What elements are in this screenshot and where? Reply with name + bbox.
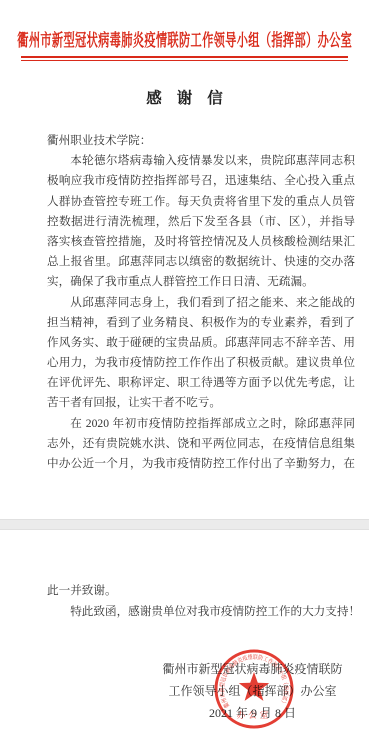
body-line: 志外，还有贵院姚水洪、饶和平两位同志，在疫情信息组集 <box>47 434 355 454</box>
body-line: 心用力，为我市疫情防控工作作出了积极贡献。建议贵单位 <box>47 353 355 373</box>
body-line: 中办公近一个月，为我市疫情防控工作付出了辛勤努力，在 <box>47 454 355 474</box>
body-line: 控数据进行清洗梳理，然后下发至各县（市、区），并指导 <box>47 212 355 232</box>
body-line: 从邱惠萍同志身上，我们看到了招之能来、来之能战的 <box>47 293 355 313</box>
body-line: 担当精神，看到了业务精良、积极作为的专业素养，看到了 <box>47 313 355 333</box>
letterhead-title: 衢州市新型冠状病毒肺炎疫情联防工作领导小组（指挥部）办公室 <box>17 26 352 51</box>
body-line: 此一并致谢。 <box>47 580 355 601</box>
body-line: 总上报省里。邱惠萍同志以缜密的数据统计、快速的交办落 <box>47 252 355 272</box>
body-line: 特此致函，感谢贵单位对我市疫情防控工作的大力支持！ <box>47 601 355 622</box>
body-line: 衢州职业技术学院： <box>47 131 355 151</box>
body-line: 人群协查管控专班工作。每天负责将省里下发的重点人员管 <box>47 192 355 212</box>
letterhead-divider <box>21 56 348 61</box>
letter-title-row: 感谢信 <box>0 86 369 108</box>
body-page2: 此一并致谢。特此致函，感谢贵单位对我市疫情防控工作的大力支持！ <box>47 580 355 622</box>
body-page1: 衢州职业技术学院：本轮德尔塔病毒输入疫情暴发以来，贵院邱惠萍同志积极响应我市疫情… <box>47 131 355 474</box>
body-line: 实，确保了我市重点人群管控工作日日清、无疏漏。 <box>47 272 355 292</box>
body-line: 极响应我市疫情防控指挥部号召，迅速集结、全心投入重点 <box>47 171 355 191</box>
body-line: 在评优评先、职称评定、职工待遇等方面予以优先考虑，让 <box>47 373 355 393</box>
seal-bottom-text: 办公室 <box>237 710 272 720</box>
seal-star-icon <box>239 672 269 701</box>
body-line: 作风务实、敢于碰硬的宝贵品质。邱惠萍同志不辞辛苦、用 <box>47 333 355 353</box>
body-line: 本轮德尔塔病毒输入疫情暴发以来，贵院邱惠萍同志积 <box>47 151 355 171</box>
body-line: 落实核查管控措施，及时将管控情况及人员核酸检测结果汇 <box>47 232 355 252</box>
letter-document: 衢州市新型冠状病毒肺炎疫情联防工作领导小组（指挥部）办公室 感谢信 衢州职业技术… <box>0 0 369 745</box>
letter-title: 感谢信 <box>146 86 238 108</box>
body-line: 苦干者有回报，让实干者不吃亏。 <box>47 393 355 413</box>
page-separator <box>0 519 369 530</box>
letterhead: 衢州市新型冠状病毒肺炎疫情联防工作领导小组（指挥部）办公室 <box>0 26 369 51</box>
body-line: 在 2020 年初市疫情防控指挥部成立之时，除邱惠萍同 <box>47 414 355 434</box>
official-seal-icon: 衢州市新型冠状病毒肺炎疫情联防工作领导小组（指挥部） 办公室 <box>211 646 297 732</box>
